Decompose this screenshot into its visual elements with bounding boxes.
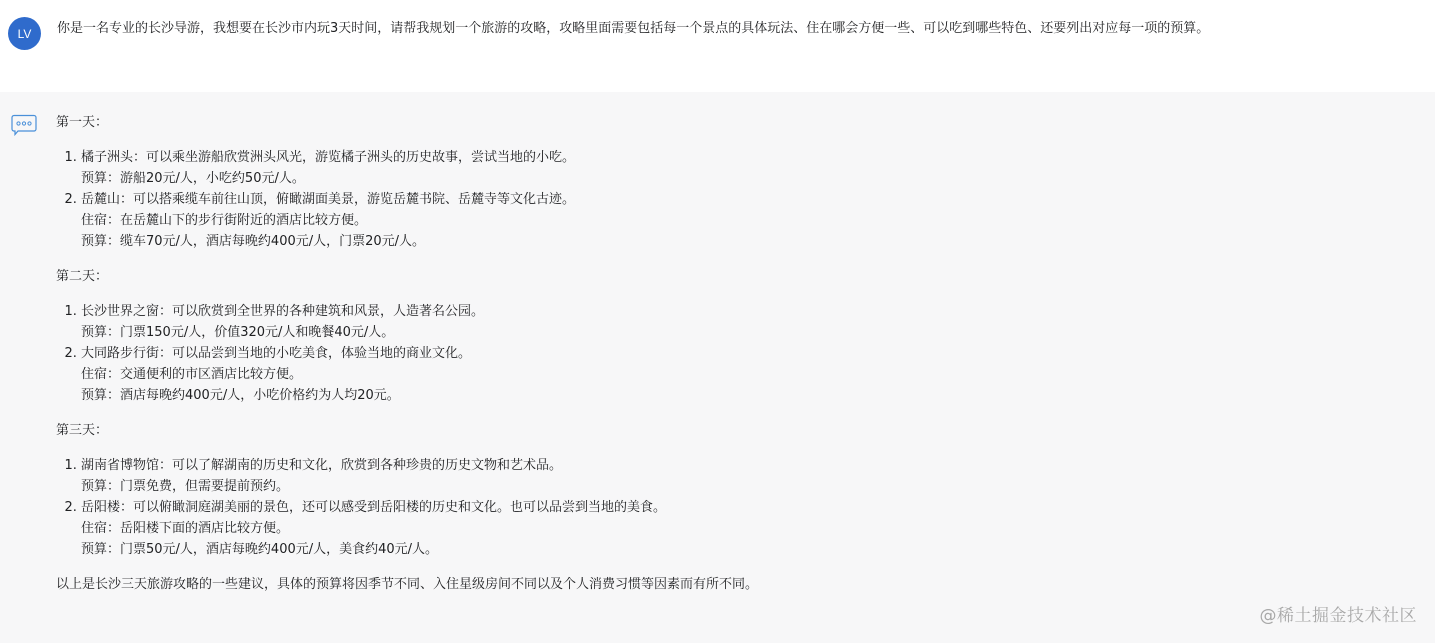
day-2-list: 长沙世界之窗：可以欣赏到全世界的各种建筑和风景，人造著名公园。 预算：门票150… (56, 301, 758, 406)
summary-text: 以上是长沙三天旅游攻略的一些建议，具体的预算将因季节不同、入住星级房间不同以及个… (56, 574, 758, 595)
item-budget: 预算：门票50元/人，酒店每晚约400元/人，美食约40元/人。 (81, 539, 758, 560)
day-3-list: 湖南省博物馆：可以了解湖南的历史和文化，欣赏到各种珍贵的历史文物和艺术品。 预算… (56, 455, 758, 560)
day-2-title: 第二天： (56, 266, 758, 287)
list-item: 橘子洲头：可以乘坐游船欣赏洲头风光，游览橘子洲头的历史故事，尝试当地的小吃。 预… (81, 147, 758, 189)
day-3-title: 第三天： (56, 420, 758, 441)
item-description: 岳阳楼：可以俯瞰洞庭湖美丽的景色，还可以感受到岳阳楼的历史和文化。也可以品尝到当… (81, 500, 666, 515)
list-item: 长沙世界之窗：可以欣赏到全世界的各种建筑和风景，人造著名公园。 预算：门票150… (81, 301, 758, 343)
item-description: 湖南省博物馆：可以了解湖南的历史和文化，欣赏到各种珍贵的历史文物和艺术品。 (81, 458, 562, 473)
item-description: 岳麓山：可以搭乘缆车前往山顶，俯瞰湖面美景，游览岳麓书院、岳麓寺等文化古迹。 (81, 192, 575, 207)
item-budget: 预算：门票150元/人，价值320元/人和晚餐40元/人。 (81, 322, 758, 343)
item-budget: 预算：游船20元/人，小吃约50元/人。 (81, 168, 758, 189)
list-item: 岳麓山：可以搭乘缆车前往山顶，俯瞰湖面美景，游览岳麓书院、岳麓寺等文化古迹。 住… (81, 189, 758, 252)
list-item: 岳阳楼：可以俯瞰洞庭湖美丽的景色，还可以感受到岳阳楼的历史和文化。也可以品尝到当… (81, 497, 758, 560)
item-description: 大同路步行街：可以品尝到当地的小吃美食，体验当地的商业文化。 (81, 346, 471, 361)
assistant-message-content: 第一天： 橘子洲头：可以乘坐游船欣赏洲头风光，游览橘子洲头的历史故事，尝试当地的… (56, 112, 758, 595)
item-lodging: 住宿：在岳麓山下的步行街附近的酒店比较方便。 (81, 210, 758, 231)
user-avatar: LV (8, 17, 41, 50)
watermark: @稀土掘金技术社区 (1260, 601, 1418, 626)
item-lodging: 住宿：交通便利的市区酒店比较方便。 (81, 364, 758, 385)
list-item: 大同路步行街：可以品尝到当地的小吃美食，体验当地的商业文化。 住宿：交通便利的市… (81, 343, 758, 406)
item-description: 长沙世界之窗：可以欣赏到全世界的各种建筑和风景，人造著名公园。 (81, 304, 484, 319)
day-1-title: 第一天： (56, 112, 758, 133)
avatar-initials: LV (18, 27, 32, 41)
chat-bubble-icon (11, 114, 37, 136)
user-message-text: 你是一名专业的长沙导游，我想要在长沙市内玩3天时间，请帮我规划一个旅游的攻略，攻… (57, 20, 1209, 38)
user-message-row: LV 你是一名专业的长沙导游，我想要在长沙市内玩3天时间，请帮我规划一个旅游的攻… (0, 0, 1435, 92)
day-1-list: 橘子洲头：可以乘坐游船欣赏洲头风光，游览橘子洲头的历史故事，尝试当地的小吃。 预… (56, 147, 758, 252)
item-budget: 预算：酒店每晚约400元/人，小吃价格约为人均20元。 (81, 385, 758, 406)
assistant-message-row: 第一天： 橘子洲头：可以乘坐游船欣赏洲头风光，游览橘子洲头的历史故事，尝试当地的… (0, 92, 1435, 643)
item-lodging: 住宿：岳阳楼下面的酒店比较方便。 (81, 518, 758, 539)
list-item: 湖南省博物馆：可以了解湖南的历史和文化，欣赏到各种珍贵的历史文物和艺术品。 预算… (81, 455, 758, 497)
item-budget: 预算：门票免费，但需要提前预约。 (81, 476, 758, 497)
item-description: 橘子洲头：可以乘坐游船欣赏洲头风光，游览橘子洲头的历史故事，尝试当地的小吃。 (81, 150, 575, 165)
item-budget: 预算：缆车70元/人，酒店每晚约400元/人，门票20元/人。 (81, 231, 758, 252)
